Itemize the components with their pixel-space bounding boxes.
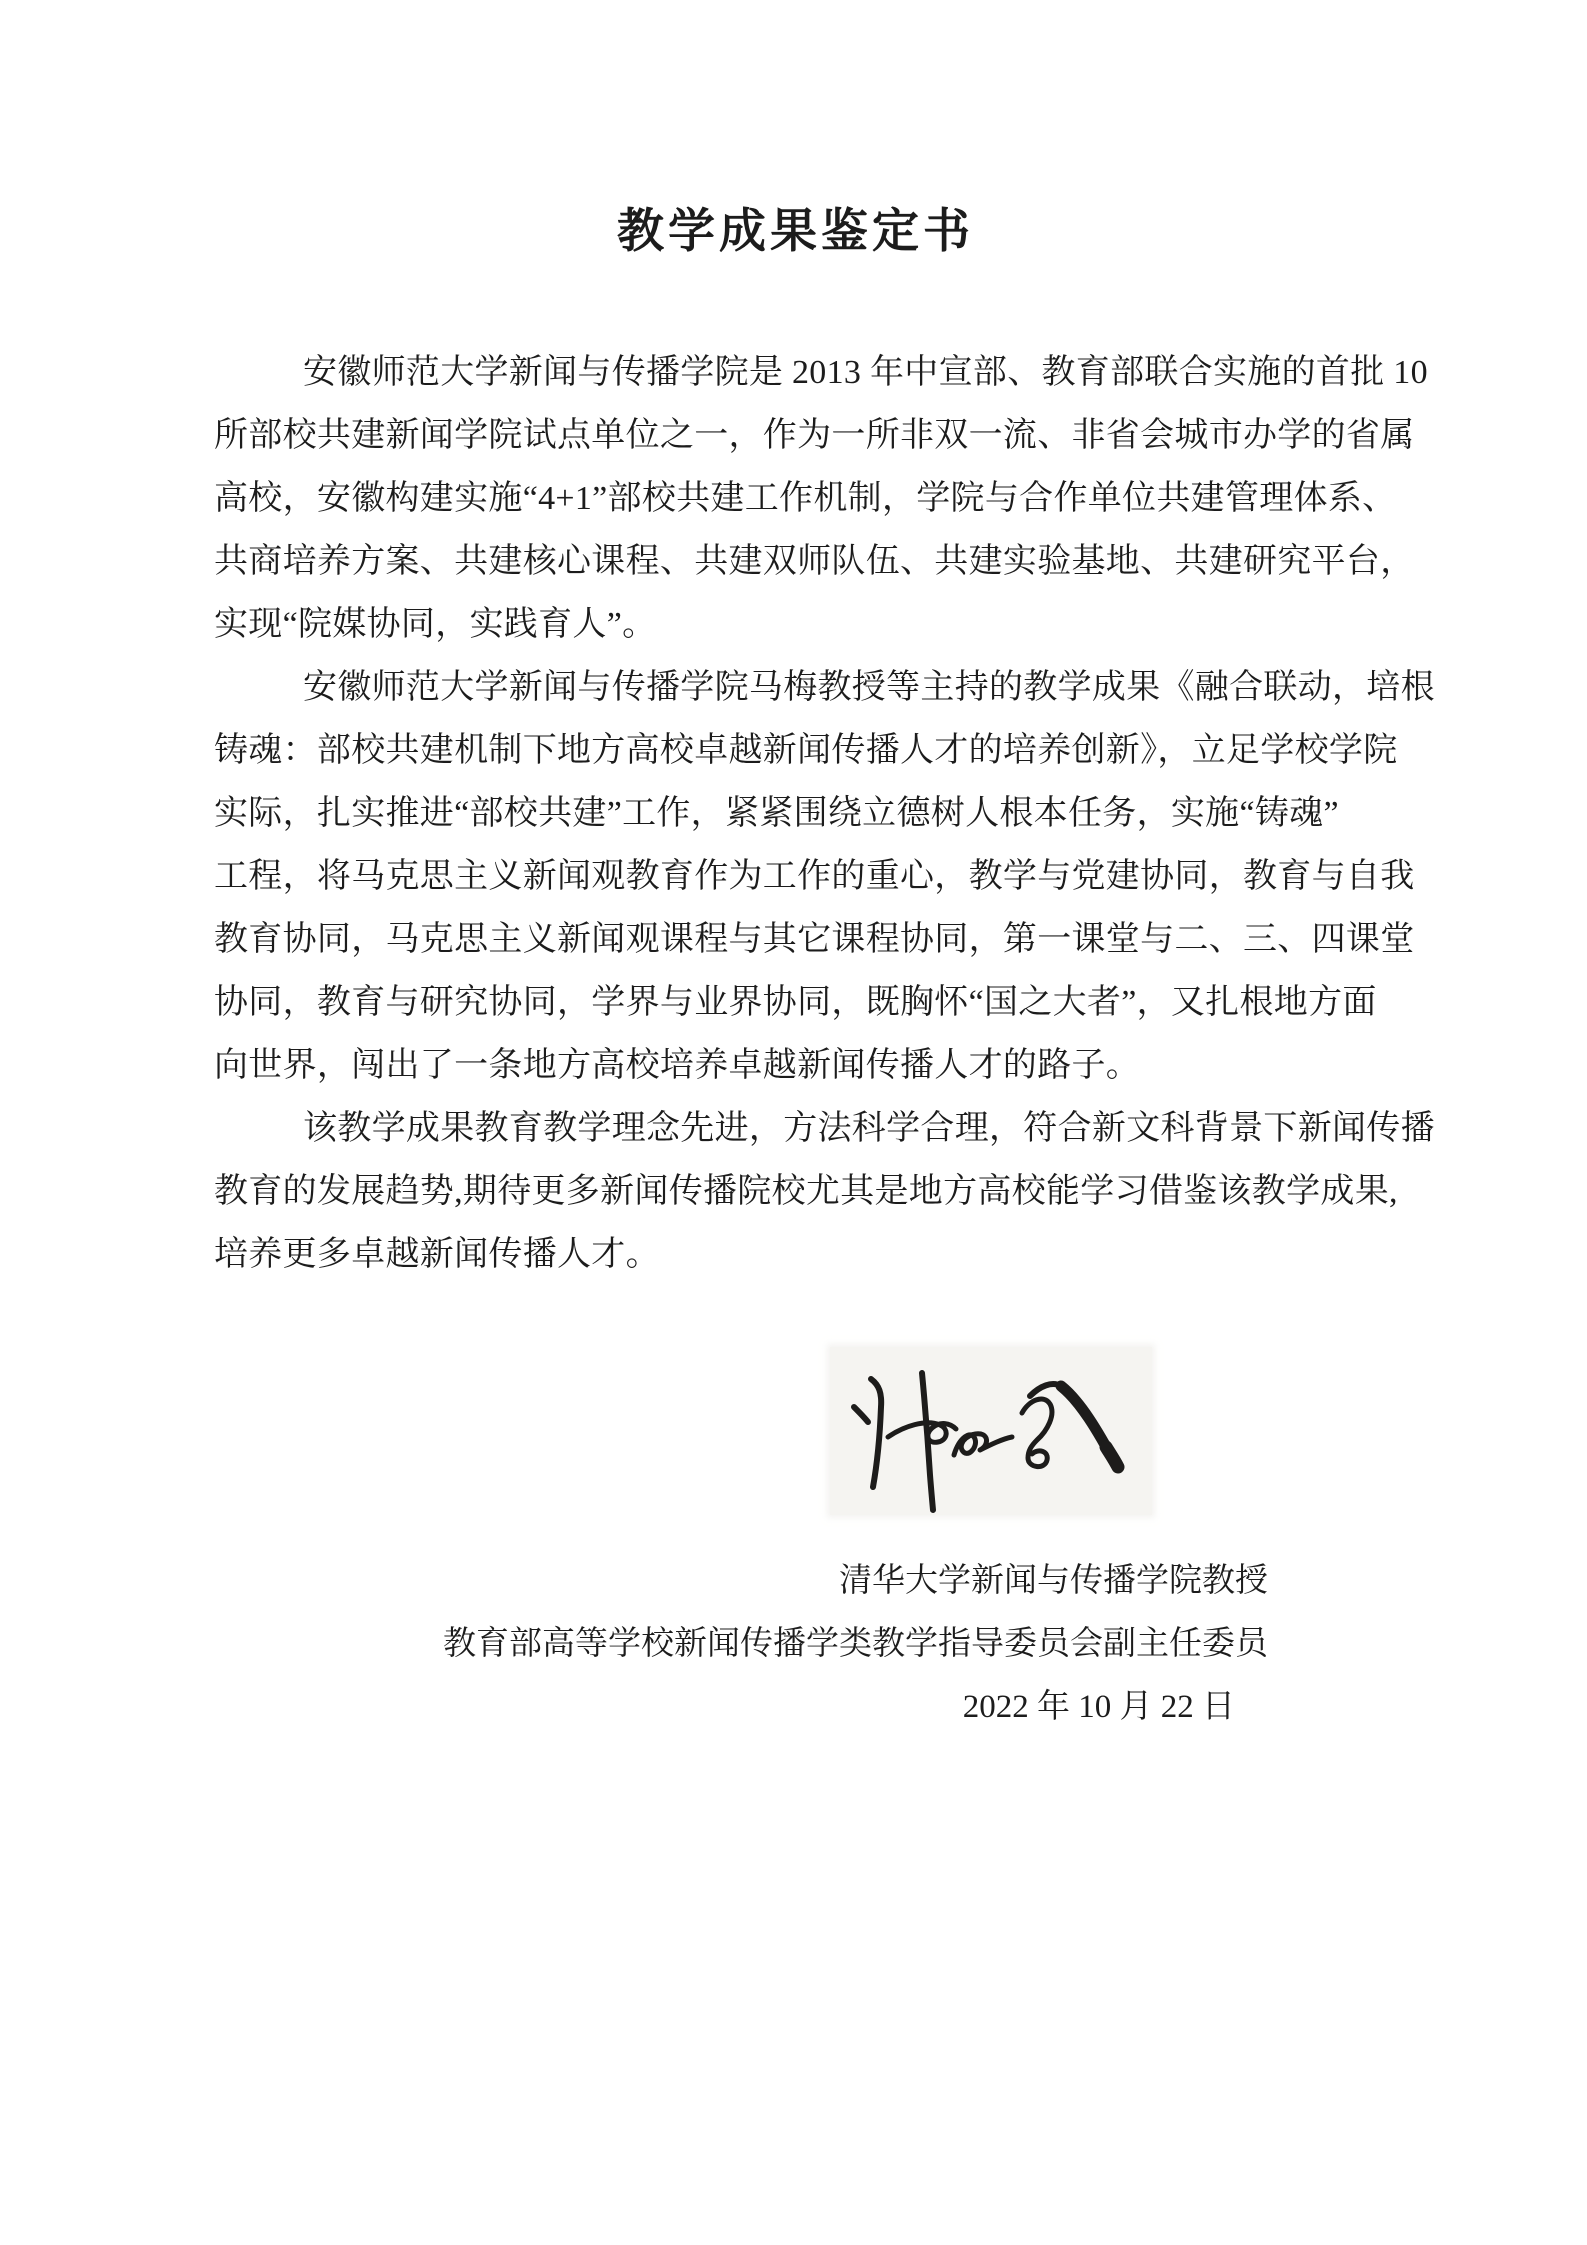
text-line: 所部校共建新闻学院试点单位之一，作为一所非双一流、非省会城市办学的省属	[214, 404, 1426, 467]
text-line: 培养更多卓越新闻传播人才。	[214, 1223, 1426, 1286]
handwritten-signature-icon	[830, 1347, 1152, 1515]
text-line: 工程，将马克思主义新闻观教育作为工作的重心，教学与党建协同，教育与自我	[214, 845, 1426, 908]
document-page: 教学成果鉴定书 安徽师范大学新闻与传播学院是 2013 年中宣部、教育部联合实施…	[0, 0, 1587, 2245]
text-line: 高校，安徽构建实施“4+1”部校共建工作机制，学院与合作单位共建管理体系、	[214, 467, 1426, 530]
document-body: 安徽师范大学新闻与传播学院是 2013 年中宣部、教育部联合实施的首批 10 所…	[214, 341, 1426, 1286]
text-line: 实际，扎实推进“部校共建”工作，紧紧围绕立德树人根本任务，实施“铸魂”	[214, 782, 1426, 845]
text-line: 该教学成果教育教学理念先进，方法科学合理，符合新文科背景下新闻传播	[214, 1097, 1426, 1160]
text-line: 共商培养方案、共建核心课程、共建双师队伍、共建实验基地、共建研究平台，	[214, 530, 1426, 593]
paragraph: 安徽师范大学新闻与传播学院是 2013 年中宣部、教育部联合实施的首批 10 所…	[214, 341, 1426, 656]
signoff-title-line: 清华大学新闻与传播学院教授	[839, 1550, 1268, 1613]
signoff-committee-line: 教育部高等学校新闻传播学类教学指导委员会副主任委员	[443, 1613, 1268, 1676]
paragraph: 安徽师范大学新闻与传播学院马梅教授等主持的教学成果《融合联动，培根 铸魂：部校共…	[214, 656, 1426, 1097]
signoff-date-line: 2022 年 10 月 22 日	[963, 1676, 1235, 1739]
text-line: 安徽师范大学新闻与传播学院马梅教授等主持的教学成果《融合联动，培根	[214, 656, 1426, 719]
document-title: 教学成果鉴定书	[0, 202, 1587, 262]
text-line: 实现“院媒协同，实践育人”。	[214, 593, 1426, 656]
text-line: 安徽师范大学新闻与传播学院是 2013 年中宣部、教育部联合实施的首批 10	[214, 341, 1426, 404]
text-line: 教育的发展趋势,期待更多新闻传播院校尤其是地方高校能学习借鉴该教学成果,	[214, 1160, 1426, 1223]
text-line: 铸魂：部校共建机制下地方高校卓越新闻传播人才的培养创新》，立足学校学院	[214, 719, 1426, 782]
text-line: 协同，教育与研究协同，学界与业界协同，既胸怀“国之大者”，又扎根地方面	[214, 971, 1426, 1034]
text-line: 教育协同，马克思主义新闻观课程与其它课程协同，第一课堂与二、三、四课堂	[214, 908, 1426, 971]
signature-scan-patch	[830, 1347, 1152, 1515]
paragraph: 该教学成果教育教学理念先进，方法科学合理，符合新文科背景下新闻传播 教育的发展趋…	[214, 1097, 1426, 1286]
text-line: 向世界，闯出了一条地方高校培养卓越新闻传播人才的路子。	[214, 1034, 1426, 1097]
